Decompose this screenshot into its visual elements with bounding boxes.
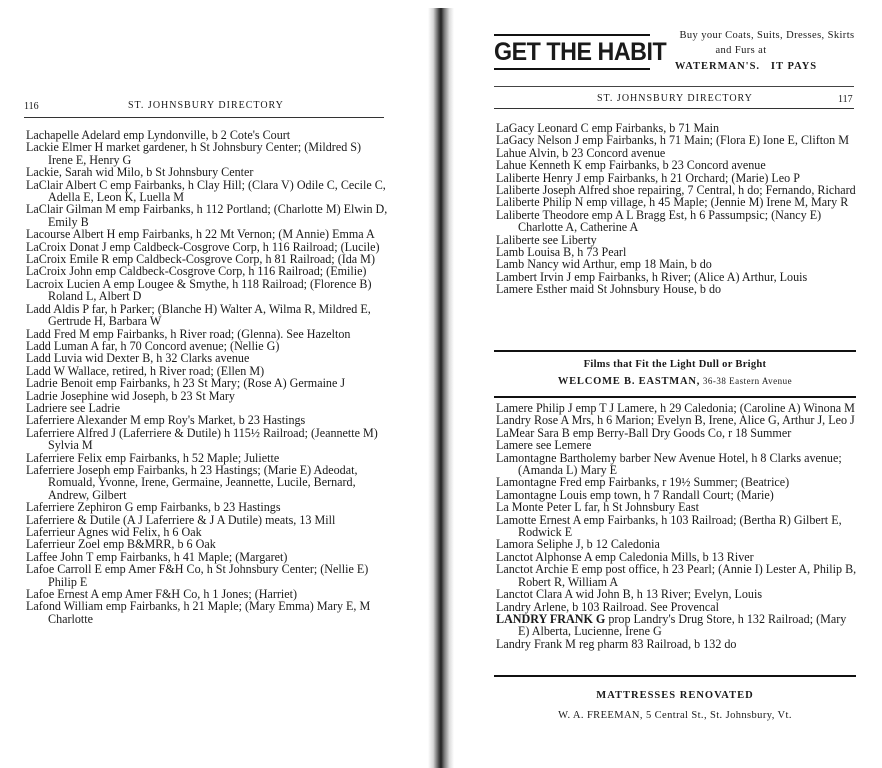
directory-entry: Lamere see Lemere <box>496 439 858 451</box>
directory-entry: Lamontagne Fred emp Fairbanks, r 19½ Sum… <box>496 476 858 488</box>
directory-entry: Laferriere Zephiron G emp Fairbanks, b 2… <box>26 501 388 513</box>
directory-entry: Laferrieur Zoel emp B&MRR, b 6 Oak <box>26 538 388 550</box>
ad-rule-top <box>494 34 650 36</box>
directory-entry: Lamontagne Bartholemy barber New Avenue … <box>496 452 858 477</box>
directory-entry: Laliberte Philip N emp village, h 45 Map… <box>496 196 858 208</box>
directory-entry: Lamere Esther maid St Johnsbury House, b… <box>496 283 858 295</box>
directory-entry: Ladd Luvia wid Dexter B, h 32 Clarks ave… <box>26 352 388 364</box>
mid-ad-name: WELCOME B. EASTMAN, <box>558 376 700 387</box>
mid-ad-tagline: Films that Fit the Light Dull or Bright <box>494 359 856 370</box>
book-gutter-shadow <box>428 8 454 768</box>
directory-entry: Lacourse Albert H emp Fairbanks, h 22 Mt… <box>26 228 388 240</box>
mid-ad-address: 36-38 Eastern Avenue <box>703 376 792 386</box>
bottom-ad-address: W. A. FREEMAN, 5 Central St., St. Johnsb… <box>494 710 856 721</box>
page-number-right: 117 <box>838 94 853 105</box>
section-rule <box>494 396 856 398</box>
section-rule <box>494 675 856 677</box>
directory-entry: LaClair Albert C emp Fairbanks, h Clay H… <box>26 179 388 204</box>
ad-rule-bottom <box>494 68 650 70</box>
directory-entry: Lahue Kenneth K emp Fairbanks, b 23 Conc… <box>496 159 858 171</box>
directory-entry: Lamb Nancy wid Arthur, emp 18 Main, b do <box>496 258 858 270</box>
directory-entry: LaCroix John emp Caldbeck-Cosgrove Corp,… <box>26 265 388 277</box>
directory-entry: Lamora Seliphe J, b 12 Caledonia <box>496 538 858 550</box>
header-rule-left <box>24 117 384 118</box>
directory-entry: Laliberte Theodore emp A L Bragg Est, h … <box>496 209 858 234</box>
ad-headline: GET THE HABIT <box>494 38 666 67</box>
directory-entry: Lamotte Ernest A emp Fairbanks, h 103 Ra… <box>496 514 858 539</box>
ad-line-2: and Furs at <box>656 45 826 56</box>
page-number-left: 116 <box>24 101 39 112</box>
directory-entry: Landry Rose A Mrs, h 6 Marion; Evelyn B,… <box>496 414 858 426</box>
header-rule-right-top <box>494 86 854 87</box>
directory-entry: Lackie, Sarah wid Milo, b St Johnsbury C… <box>26 166 388 178</box>
directory-entry: LaClair Gilman M emp Fairbanks, h 112 Po… <box>26 203 388 228</box>
ad-line-3: WATERMAN'S. IT PAYS <box>656 61 836 72</box>
ad-line-1: Buy your Coats, Suits, Dresses, Skirts <box>656 30 878 41</box>
directory-entry: Lanctot Archie E emp post office, h 23 P… <box>496 563 858 588</box>
directory-entry: Landry Frank M reg pharm 83 Railroad, b … <box>496 638 858 650</box>
entries-right-b: Lamere Philip J emp T J Lamere, h 29 Cal… <box>496 402 858 650</box>
directory-entry: Ladd Aldis P far, h Parker; (Blanche H) … <box>26 303 388 328</box>
directory-entry: Laferriere Joseph emp Fairbanks, h 23 Ha… <box>26 464 388 501</box>
header-rule-right <box>494 108 854 109</box>
running-head-right: ST. JOHNSBURY DIRECTORY <box>597 93 753 104</box>
bottom-ad-headline: MATTRESSES RENOVATED <box>494 690 856 701</box>
left-page: 116 ST. JOHNSBURY DIRECTORY Lachapelle A… <box>0 0 432 768</box>
directory-entry-bold: LANDRY FRANK G prop Landry's Drug Store,… <box>496 613 858 638</box>
directory-entry: Ladrie Benoit emp Fairbanks, h 23 St Mar… <box>26 377 388 389</box>
directory-entry: Laferriere Alfred J (Laferriere & Dutile… <box>26 427 388 452</box>
directory-entry: Lanctot Clara A wid John B, h 13 River; … <box>496 588 858 600</box>
middle-advertisement: Films that Fit the Light Dull or Bright … <box>494 359 856 387</box>
running-head-left: ST. JOHNSBURY DIRECTORY <box>128 100 284 111</box>
directory-entry: LaGacy Nelson J emp Fairbanks, h 71 Main… <box>496 134 858 146</box>
section-rule <box>494 350 856 352</box>
entries-left: Lachapelle Adelard emp Lyndonville, b 2 … <box>26 129 388 625</box>
bottom-advertisement: MATTRESSES RENOVATED W. A. FREEMAN, 5 Ce… <box>494 690 856 721</box>
directory-entry: La Monte Peter L far, h St Johnsbury Eas… <box>496 501 858 513</box>
directory-entry: Laferriere Alexander M emp Roy's Market,… <box>26 414 388 426</box>
directory-entry: Lacroix Lucien A emp Lougee & Smythe, h … <box>26 278 388 303</box>
directory-entry: Lackie Elmer H market gardener, h St Joh… <box>26 141 388 166</box>
entries-right-a: LaGacy Leonard C emp Fairbanks, b 71 Mai… <box>496 122 858 296</box>
directory-entry: Lafoe Carroll E emp Amer F&H Co, h St Jo… <box>26 563 388 588</box>
directory-entry: Lafond William emp Fairbanks, h 21 Maple… <box>26 600 388 625</box>
mid-ad-business: WELCOME B. EASTMAN, 36-38 Eastern Avenue <box>494 376 856 387</box>
